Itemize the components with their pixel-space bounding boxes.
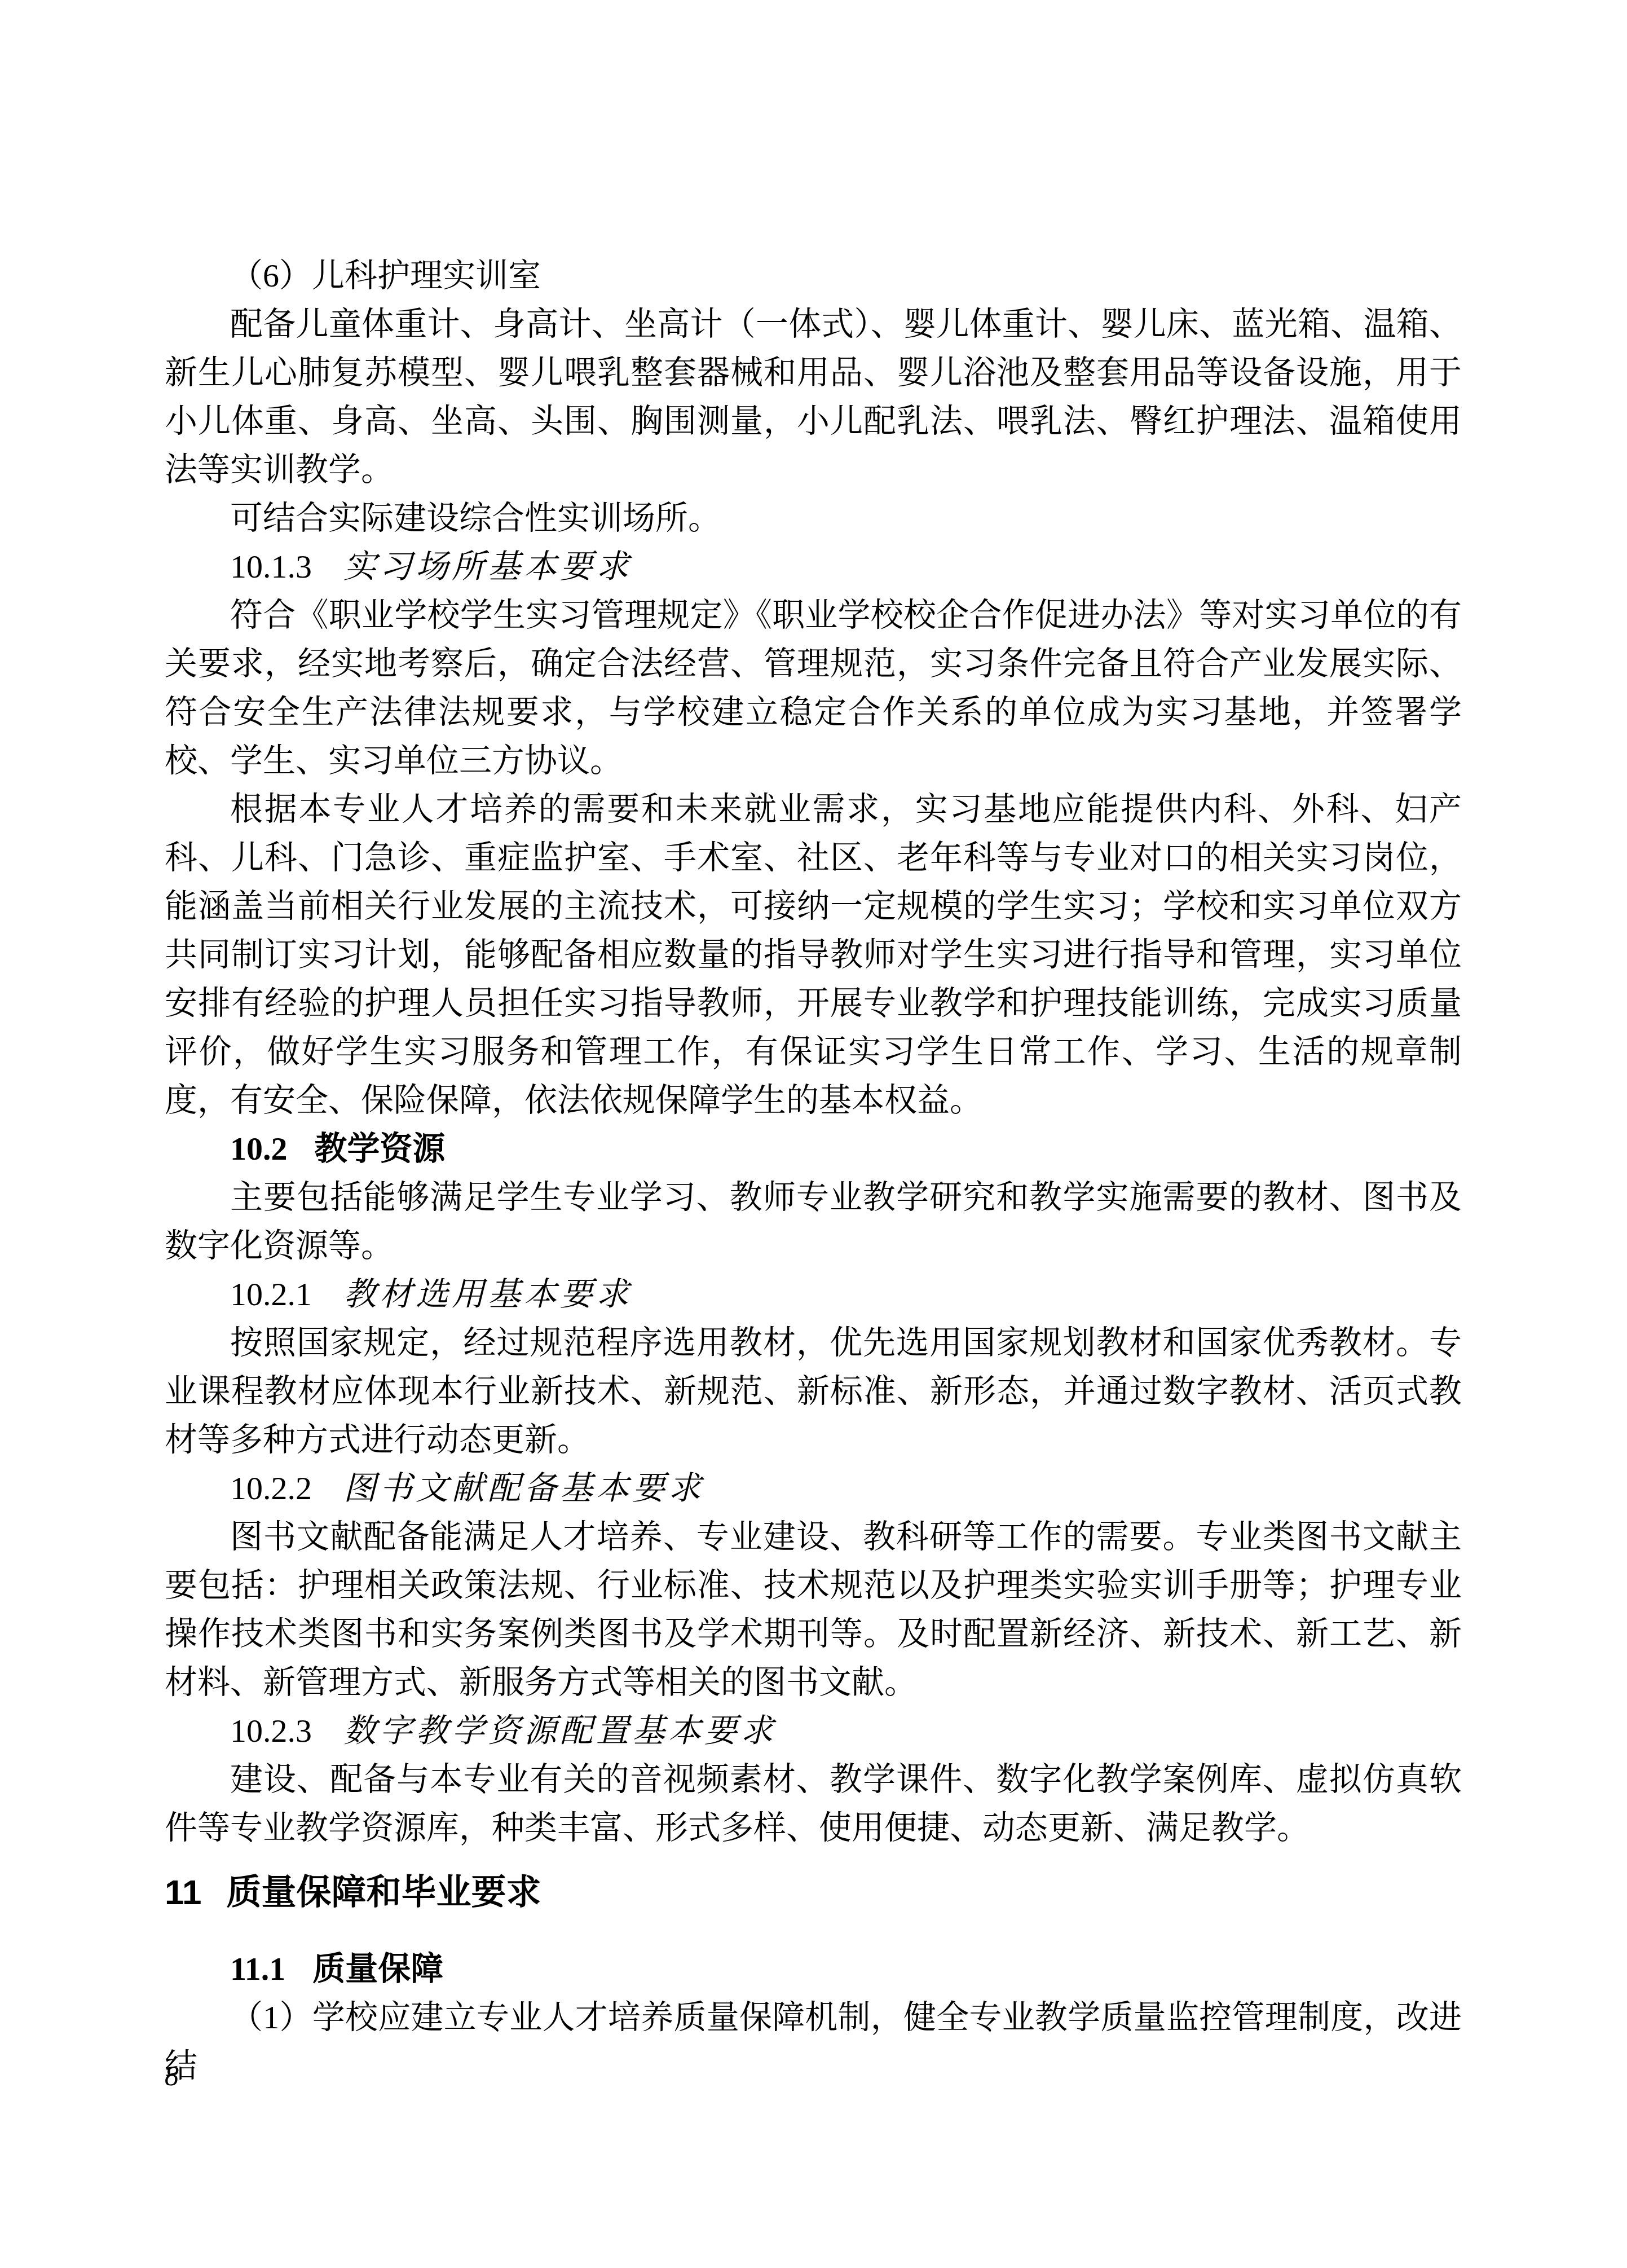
page-number: 8 bbox=[165, 2059, 179, 2093]
heading-title: 数字教学资源配置基本要求 bbox=[343, 1712, 777, 1749]
heading-number: 10.2.2 bbox=[230, 1470, 312, 1507]
paragraph: 配备儿童体重计、身高计、坐高计（一体式）、婴儿体重计、婴儿床、蓝光箱、温箱、新生… bbox=[165, 300, 1462, 494]
paragraph: 图书文献配备能满足人才培养、专业建设、教科研等工作的需要。专业类图书文献主要包括… bbox=[165, 1513, 1462, 1707]
heading-title: 图书文献配备基本要求 bbox=[343, 1470, 704, 1507]
paragraph: （1）学校应建立专业人才培养质量保障机制，健全专业教学质量监控管理制度，改进结 bbox=[165, 1993, 1462, 2090]
heading-number: 10.2.1 bbox=[230, 1276, 312, 1313]
heading-number: 10.2 bbox=[230, 1130, 288, 1167]
heading-title: 质量保障和毕业要求 bbox=[227, 1873, 541, 1912]
paragraph: 根据本专业人才培养的需要和未来就业需求，实习基地应能提供内科、外科、妇产科、儿科… bbox=[165, 785, 1462, 1125]
heading-11: 11质量保障和毕业要求 bbox=[165, 1866, 1462, 1920]
paragraph: 按照国家规定，经过规范程序选用教材，优先选用国家规划教材和国家优秀教材。专业课程… bbox=[165, 1319, 1462, 1464]
heading-10-2-1: 10.2.1教材选用基本要求 bbox=[165, 1270, 1462, 1319]
heading-11-1: 11.1质量保障 bbox=[165, 1945, 1462, 1993]
heading-10-2-2: 10.2.2图书文献配备基本要求 bbox=[165, 1464, 1462, 1513]
heading-title: 质量保障 bbox=[312, 1950, 443, 1987]
page-content: （6）儿科护理实训室 配备儿童体重计、身高计、坐高计（一体式）、婴儿体重计、婴儿… bbox=[165, 252, 1462, 2090]
heading-number: 10.2.3 bbox=[230, 1712, 312, 1749]
heading-number: 11.1 bbox=[230, 1950, 285, 1987]
paragraph: 主要包括能够满足学生专业学习、教师专业教学研究和教学实施需要的教材、图书及数字化… bbox=[165, 1173, 1462, 1270]
document-page: （6）儿科护理实训室 配备儿童体重计、身高计、坐高计（一体式）、婴儿体重计、婴儿… bbox=[0, 0, 1627, 2268]
heading-title: 实习场所基本要求 bbox=[343, 548, 632, 585]
paragraph: 可结合实际建设综合性实训场所。 bbox=[165, 494, 1462, 543]
heading-title: 教学资源 bbox=[315, 1130, 446, 1167]
heading-10-1-3: 10.1.3实习场所基本要求 bbox=[165, 543, 1462, 591]
heading-title: 教材选用基本要求 bbox=[343, 1276, 632, 1313]
heading-number: 10.1.3 bbox=[230, 548, 312, 585]
heading-10-2: 10.2教学资源 bbox=[165, 1125, 1462, 1173]
heading-number: 11 bbox=[165, 1873, 202, 1912]
heading-10-2-3: 10.2.3数字教学资源配置基本要求 bbox=[165, 1707, 1462, 1755]
paragraph: （6）儿科护理实训室 bbox=[165, 252, 1462, 300]
paragraph: 符合《职业学校学生实习管理规定》《职业学校校企合作促进办法》等对实习单位的有关要… bbox=[165, 591, 1462, 785]
paragraph: 建设、配备与本专业有关的音视频素材、教学课件、数字化教学案例库、虚拟仿真软件等专… bbox=[165, 1755, 1462, 1852]
